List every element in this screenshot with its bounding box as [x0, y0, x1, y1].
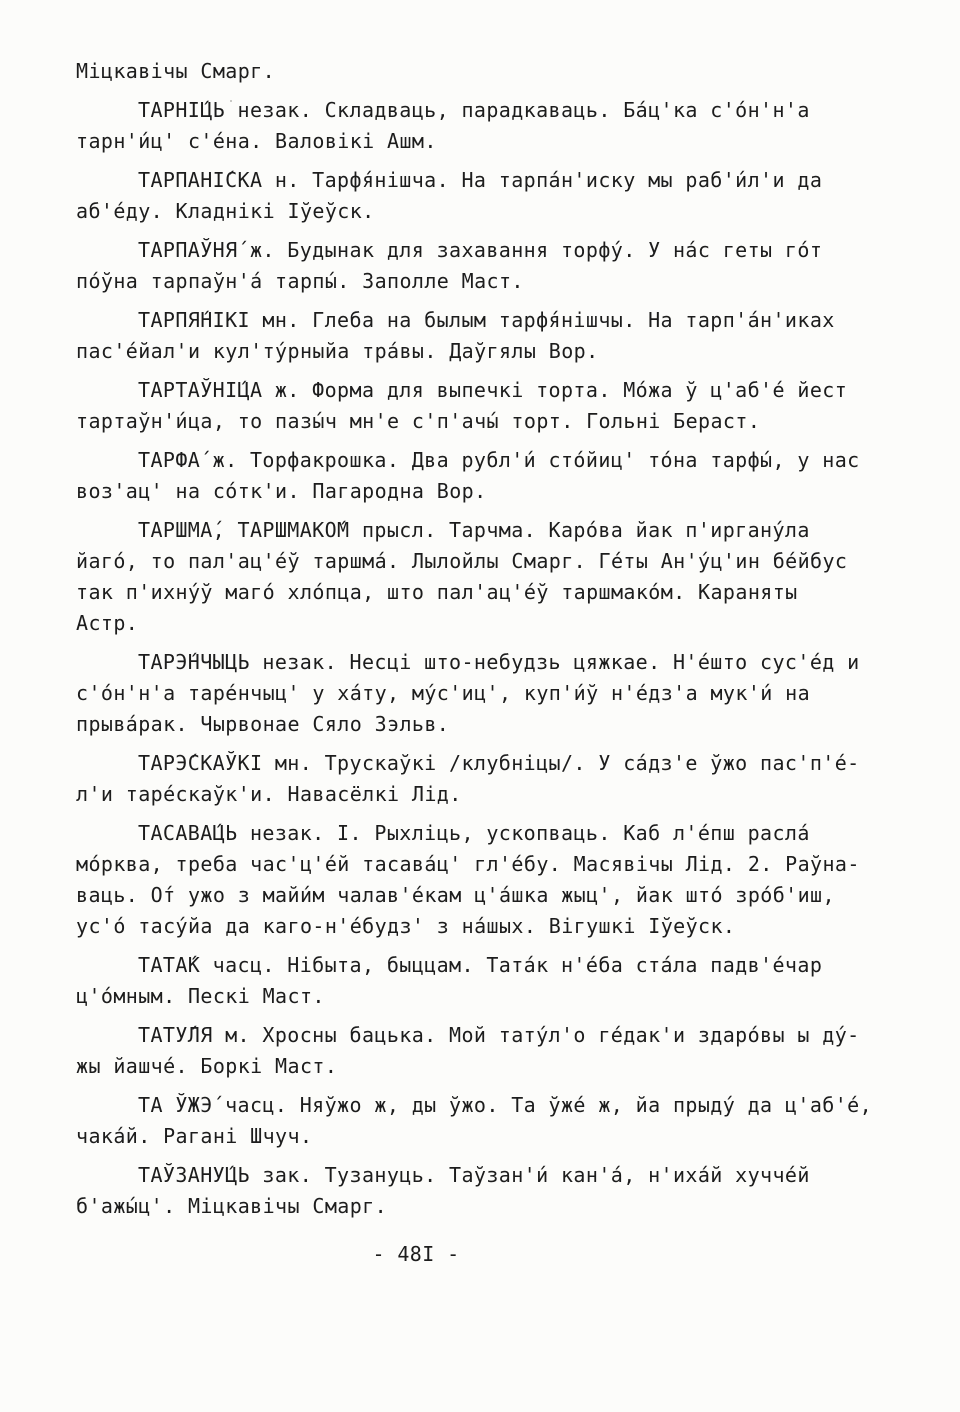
- dictionary-entry: ТАТУ́ЛЯ м. Хросны бацька. Мой тату́л'о г…: [76, 1020, 912, 1082]
- dictionary-entry: ТАРТАЎНІ́ЦА ж. Форма для выпечкі торта. …: [76, 375, 912, 437]
- dictionary-entry: ТАРЭ́СКАЎКІ мн. Трускаўкі /клубніцы/. У …: [76, 748, 912, 810]
- entry-line: жы йашче́. Боркі Маст.: [76, 1051, 912, 1082]
- entry-line: тартаўн'и́ца, то пазы́ч мн'е с'п'ачы́ то…: [76, 406, 912, 437]
- entry-line: тарн'и́ц' с'е́на. Валовікі Ашм.: [76, 126, 912, 157]
- entry-first-line: ТАРПАЎНЯ́ ж. Будынак для захавання торфу…: [76, 235, 912, 266]
- entries-container: ТАРНІ́ЦЬ незак. Складваць, парадкаваць. …: [76, 95, 912, 1222]
- dictionary-entry: ТАРЭ́НЧЫЦЬ незак. Несці што-небудзь цяжк…: [76, 647, 912, 740]
- scanned-page: Міцкавічы Смарг. ТАРНІ́ЦЬ незак. Складва…: [0, 0, 960, 1412]
- dictionary-entry: ТАРНІ́ЦЬ незак. Складваць, парадкаваць. …: [76, 95, 912, 157]
- entry-first-line: ТАТА́К часц. Нібыта, быццам. Тата́к н'е́…: [76, 950, 912, 981]
- entry-line: чака́й. Рагані Шчуч.: [76, 1121, 912, 1152]
- entry-line: так п'ихну́ў маго́ хло́пца, што пал'ац'е…: [76, 577, 912, 608]
- entry-first-line: ТАРШМА́, ТАРШМАКО́М прысл. Тарчма. Каро́…: [76, 515, 912, 546]
- entry-line: с'о́н'н'а таре́нчыц' у ха́ту, му́с'иц', …: [76, 678, 912, 709]
- entry-line: воз'ац' на со́тк'и. Пагародна Вор.: [76, 476, 912, 507]
- entry-line: ваць. О́т ужо з майи́м чалав'е́кам ц'а́ш…: [76, 880, 912, 911]
- entry-first-line: ТАЎЗАНУ́ЦЬ зак. Тузануць. Таўзан'и́ кан'…: [76, 1160, 912, 1191]
- dictionary-entry: ТАРПАНІ́СКА н. Тарфя́нішча. На тарпа́н'и…: [76, 165, 912, 227]
- entry-line: по́ўна тарпаўн'а́ тарпы́. Заполле Маст.: [76, 266, 912, 297]
- entry-line: мо́рква, треба час'ц'е́й тасава́ц' гл'е́…: [76, 849, 912, 880]
- dictionary-entry: ТАРФА́ ж. Торфакрошка. Два рубл'и́ сто́й…: [76, 445, 912, 507]
- entry-line: йаго́, то пал'ац'е́ў таршма́. Лылойлы См…: [76, 546, 912, 577]
- entry-first-line: ТАРЭ́СКАЎКІ мн. Трускаўкі /клубніцы/. У …: [76, 748, 912, 779]
- entry-first-line: ТАРЭ́НЧЫЦЬ незак. Несці што-небудзь цяжк…: [76, 647, 912, 678]
- dictionary-entry: ТА ЎЖЭ́ часц. Няўжо ж, ды ўжо. Та ўже́ ж…: [76, 1090, 912, 1152]
- entry-first-line: ТАРПАНІ́СКА н. Тарфя́нішча. На тарпа́н'и…: [76, 165, 912, 196]
- dictionary-entry: ТАРШМА́, ТАРШМАКО́М прысл. Тарчма. Каро́…: [76, 515, 912, 639]
- entry-line: л'и таре́скаўк'и. Навасёлкі Лід.: [76, 779, 912, 810]
- dictionary-entry: ТАРПАЎНЯ́ ж. Будынак для захавання торфу…: [76, 235, 912, 297]
- entry-first-line: ТА ЎЖЭ́ часц. Няўжо ж, ды ўжо. Та ўже́ ж…: [76, 1090, 912, 1121]
- dictionary-entry: ТАТА́К часц. Нібыта, быццам. Тата́к н'е́…: [76, 950, 912, 1012]
- entry-line: ус'о́ тасу́йа да каго-н'е́будз' з на́шых…: [76, 911, 912, 942]
- entry-first-line: ТАРПЯ́НІКІ мн. Глеба на былым тарфя́нішч…: [76, 305, 912, 336]
- entry-first-line: ТАРФА́ ж. Торфакрошка. Два рубл'и́ сто́й…: [76, 445, 912, 476]
- dictionary-entry: ТАСАВА́ЦЬ незак. І. Рыхліць, ускопваць. …: [76, 818, 912, 942]
- entry-line: б'ажы́ц'. Міцкавічы Смарг.: [76, 1191, 912, 1222]
- entry-line: пас'е́йал'и кул'ту́рныйа тра́вы. Даўгялы…: [76, 336, 912, 367]
- page-number-row: - 48I -: [0, 1239, 834, 1270]
- entry-line: Астр.: [76, 608, 912, 639]
- entry-first-line: ТАРТАЎНІ́ЦА ж. Форма для выпечкі торта. …: [76, 375, 912, 406]
- dictionary-entry: ТАЎЗАНУ́ЦЬ зак. Тузануць. Таўзан'и́ кан'…: [76, 1160, 912, 1222]
- entry-first-line: ТАТУ́ЛЯ м. Хросны бацька. Мой тату́л'о г…: [76, 1020, 912, 1051]
- page-number: - 48I -: [372, 1242, 459, 1266]
- entry-line: ц'о́мным. Пескі Маст.: [76, 981, 912, 1012]
- entry-first-line: ТАРНІ́ЦЬ незак. Складваць, парадкаваць. …: [76, 95, 912, 126]
- entry-line: аб'е́ду. Кладнікі Іўеўск.: [76, 196, 912, 227]
- dictionary-entry: ТАРПЯ́НІКІ мн. Глеба на былым тарфя́нішч…: [76, 305, 912, 367]
- entry-line: прыва́рак. Чырвонае Сяло Зэльв.: [76, 709, 912, 740]
- entry-first-line: ТАСАВА́ЦЬ незак. І. Рыхліць, ускопваць. …: [76, 818, 912, 849]
- continuation-line: Міцкавічы Смарг.: [76, 56, 912, 87]
